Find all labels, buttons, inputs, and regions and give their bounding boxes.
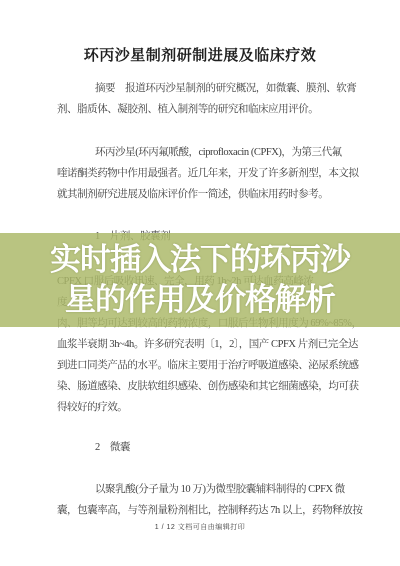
watermark-text-line-1: 实时插入法下的环丙沙	[50, 241, 350, 279]
abstract-line: 剂、脂质体、凝胶剂、植入制剂等的研究和临床应用评价。	[57, 99, 349, 120]
section-2-paragraph: 以聚乳酸(分子量为 10 万)为微型胶囊辅料制得的 CPFX 微 囊，包囊率高，…	[57, 479, 349, 521]
body-line: 喹诺酮类药物中作用最强者。近几年来，开发了许多新剂型，本文拟	[57, 163, 349, 184]
document-page: 环丙沙星制剂研制进展及临床疗效 摘要 报道环丙沙星制剂的研究概况，如微囊、膜剂、…	[0, 0, 400, 566]
page-number-footer: 1 / 12 文档可自由编辑打印	[0, 522, 400, 532]
section-2-heading: 2 微囊	[57, 437, 349, 458]
body-line: 囊，包囊率高，与等剂量粉剂相比，控制释药达 7h 以上，药物释放按	[57, 500, 349, 521]
watermark-banner: 实时插入法下的环丙沙 星的作用及价格解析	[0, 233, 400, 327]
body-line: 得较好的疗效。	[57, 397, 349, 418]
document-title: 环丙沙星制剂研制进展及临床疗效	[0, 44, 400, 65]
body-line: 到进口同类产品的水平。临床主要用于治疗呼吸道感染、泌尿系统感	[57, 355, 349, 376]
abstract-line: 摘要 报道环丙沙星制剂的研究概况，如微囊、膜剂、软膏	[57, 78, 349, 99]
body-line: 环丙沙星(环丙氟哌酸，ciprofloxacin (CPFX)，为第三代氟	[57, 142, 349, 163]
body-line: 就其制剂研究进展及临床评价作一简述，供临床用药时参考。	[57, 184, 349, 205]
body-line: 以聚乳酸(分子量为 10 万)为微型胶囊辅料制得的 CPFX 微	[57, 479, 349, 500]
watermark-text-line-2: 星的作用及价格解析	[65, 281, 335, 319]
section-1-paragraph: 肉、胆等均可达到较高的药物浓度，口服后生物利用度为 69%~85%， 血浆半衰期…	[57, 313, 349, 418]
section-heading-text: 2 微囊	[57, 437, 349, 458]
body-line: 血浆半衰期 3h~4h。许多研究表明〔1，2〕，国产 CPFX 片剂已完全达	[57, 334, 349, 355]
abstract-paragraph: 摘要 报道环丙沙星制剂的研究概况，如微囊、膜剂、软膏 剂、脂质体、凝胶剂、植入制…	[57, 78, 349, 120]
intro-paragraph: 环丙沙星(环丙氟哌酸，ciprofloxacin (CPFX)，为第三代氟 喹诺…	[57, 142, 349, 205]
body-line: 染、肠道感染、皮肤软组织感染、创伤感染和其它细菌感染，均可获	[57, 376, 349, 397]
